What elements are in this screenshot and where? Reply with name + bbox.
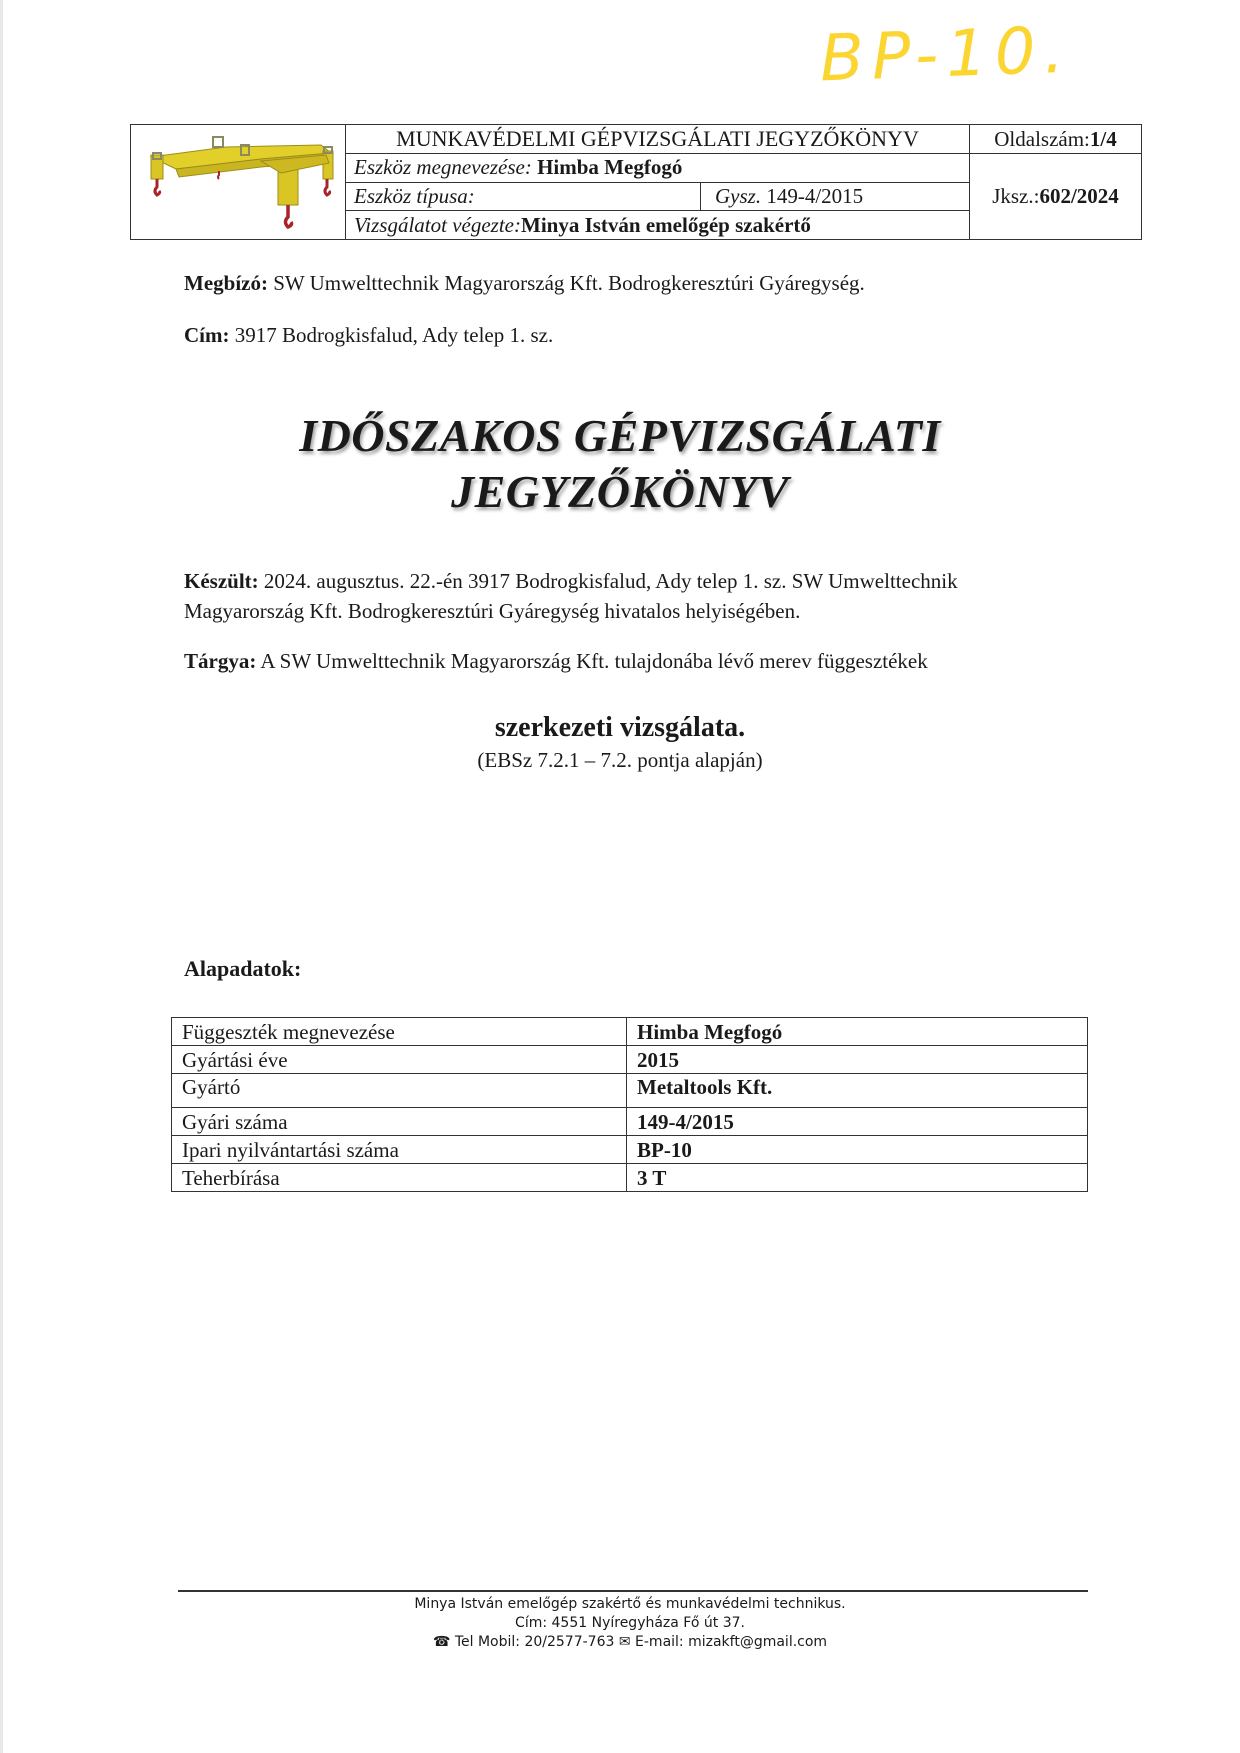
address-line: Cím: 3917 Bodrogkisfalud, Ady telep 1. s… <box>184 320 553 350</box>
row-value: 2015 <box>627 1046 1088 1074</box>
address-label: Cím: <box>184 323 230 347</box>
row-value: BP-10 <box>627 1136 1088 1164</box>
row-key: Ipari nyilvántartási száma <box>172 1136 627 1164</box>
record-number: Jksz.:602/2024 <box>970 154 1141 239</box>
prepared-paragraph: Készült: 2024. augusztus. 22.-én 3917 Bo… <box>184 566 958 626</box>
tool-type-row: Eszköz típusa: Gysz. 149-4/2015 <box>346 183 969 212</box>
tool-name-label: Eszköz megnevezése: <box>354 155 532 180</box>
lifting-beam-icon <box>131 125 343 238</box>
handwritten-note: BP-10. <box>819 14 1073 97</box>
main-title-line2: JEGYZŐKÖNYV <box>0 464 1240 520</box>
row-key: Gyári száma <box>172 1108 627 1136</box>
subject-line: Tárgya: A SW Umwelttechnik Magyarország … <box>184 646 928 676</box>
subnote: (EBSz 7.2.1 – 7.2. pontja alapján) <box>0 748 1240 773</box>
footer-phone: Tel Mobil: 20/2577-763 <box>455 1634 615 1650</box>
mail-icon: ✉ <box>619 1634 631 1650</box>
main-title-line1: IDŐSZAKOS GÉPVIZSGÁLATI <box>0 408 1240 464</box>
page-value: 1/4 <box>1090 127 1117 152</box>
row-key: Gyártási éve <box>172 1046 627 1074</box>
record-value: 602/2024 <box>1039 184 1118 209</box>
header-right: Oldalszám:1/4 Jksz.:602/2024 <box>970 125 1141 239</box>
client-value: SW Umwelttechnik Magyarország Kft. Bodro… <box>273 271 865 295</box>
row-value: 149-4/2015 <box>627 1108 1088 1136</box>
prepared-line2: Magyarország Kft. Bodrogkeresztúri Gyáre… <box>184 599 800 623</box>
phone-icon: ☎ <box>433 1634 450 1650</box>
tool-name-row: Eszköz megnevezése: Himba Megfogó <box>346 154 969 183</box>
tool-type-label: Eszköz típusa: <box>354 184 475 209</box>
table-row: Függeszték megnevezéseHimba Megfogó <box>172 1018 1088 1046</box>
basic-data-table: Függeszték megnevezéseHimba MegfogóGyárt… <box>171 1017 1088 1192</box>
footer-email[interactable]: E-mail: mizakft@gmail.com <box>635 1634 827 1650</box>
header-title: MUNKAVÉDELMI GÉPVIZSGÁLATI JEGYZŐKÖNYV <box>346 125 969 154</box>
row-value: Himba Megfogó <box>627 1018 1088 1046</box>
row-value: Metaltools Kft. <box>627 1074 1088 1108</box>
inspector-label: Vizsgálatot végezte: <box>354 213 521 238</box>
table-row: Gyártási éve2015 <box>172 1046 1088 1074</box>
row-key: Gyártó <box>172 1074 627 1108</box>
page-edge <box>0 0 3 1753</box>
client-label: Megbízó: <box>184 271 268 295</box>
tool-name-value: Himba Megfogó <box>537 155 682 180</box>
address-value: 3917 Bodrogkisfalud, Ady telep 1. sz. <box>235 323 553 347</box>
subtitle: szerkezeti vizsgálata. <box>0 712 1240 744</box>
client-line: Megbízó: SW Umwelttechnik Magyarország K… <box>184 268 865 298</box>
basic-data-label: Alapadatok: <box>184 956 301 982</box>
footer-contact: ☎ Tel Mobil: 20/2577-763 ✉ E-mail: mizak… <box>0 1633 1240 1652</box>
footer-divider <box>178 1590 1088 1592</box>
subject-label: Tárgya: <box>184 649 256 673</box>
row-key: Függeszték megnevezése <box>172 1018 627 1046</box>
header-middle: MUNKAVÉDELMI GÉPVIZSGÁLATI JEGYZŐKÖNYV E… <box>346 125 970 239</box>
table-row: Ipari nyilvántartási számaBP-10 <box>172 1136 1088 1164</box>
document-header: MUNKAVÉDELMI GÉPVIZSGÁLATI JEGYZŐKÖNYV E… <box>130 124 1142 240</box>
footer-line1: Minya István emelőgép szakértő és munkav… <box>0 1595 1240 1614</box>
prepared-label: Készült: <box>184 569 259 593</box>
serial-value: 149-4/2015 <box>766 184 863 208</box>
inspector-row: Vizsgálatot végezte:Minya István emelőgé… <box>346 211 969 239</box>
page-label: Oldalszám: <box>994 127 1090 152</box>
table-row: Gyári száma149-4/2015 <box>172 1108 1088 1136</box>
serial-label: Gysz. <box>715 184 761 208</box>
table-row: GyártóMetaltools Kft. <box>172 1074 1088 1108</box>
footer: Minya István emelőgép szakértő és munkav… <box>0 1595 1240 1652</box>
inspector-value: Minya István emelőgép szakértő <box>521 213 811 238</box>
lifting-beam-photo <box>131 125 346 239</box>
row-key: Teherbírása <box>172 1164 627 1192</box>
main-title: IDŐSZAKOS GÉPVIZSGÁLATI JEGYZŐKÖNYV <box>0 408 1240 520</box>
table-row: Teherbírása3 T <box>172 1164 1088 1192</box>
record-label: Jksz.: <box>992 184 1039 209</box>
page-number: Oldalszám:1/4 <box>970 125 1141 154</box>
row-value: 3 T <box>627 1164 1088 1192</box>
subject-value: A SW Umwelttechnik Magyarország Kft. tul… <box>260 649 927 673</box>
prepared-line1: 2024. augusztus. 22.-én 3917 Bodrogkisfa… <box>264 569 958 593</box>
footer-address: Cím: 4551 Nyíregyháza Fő út 37. <box>0 1614 1240 1633</box>
